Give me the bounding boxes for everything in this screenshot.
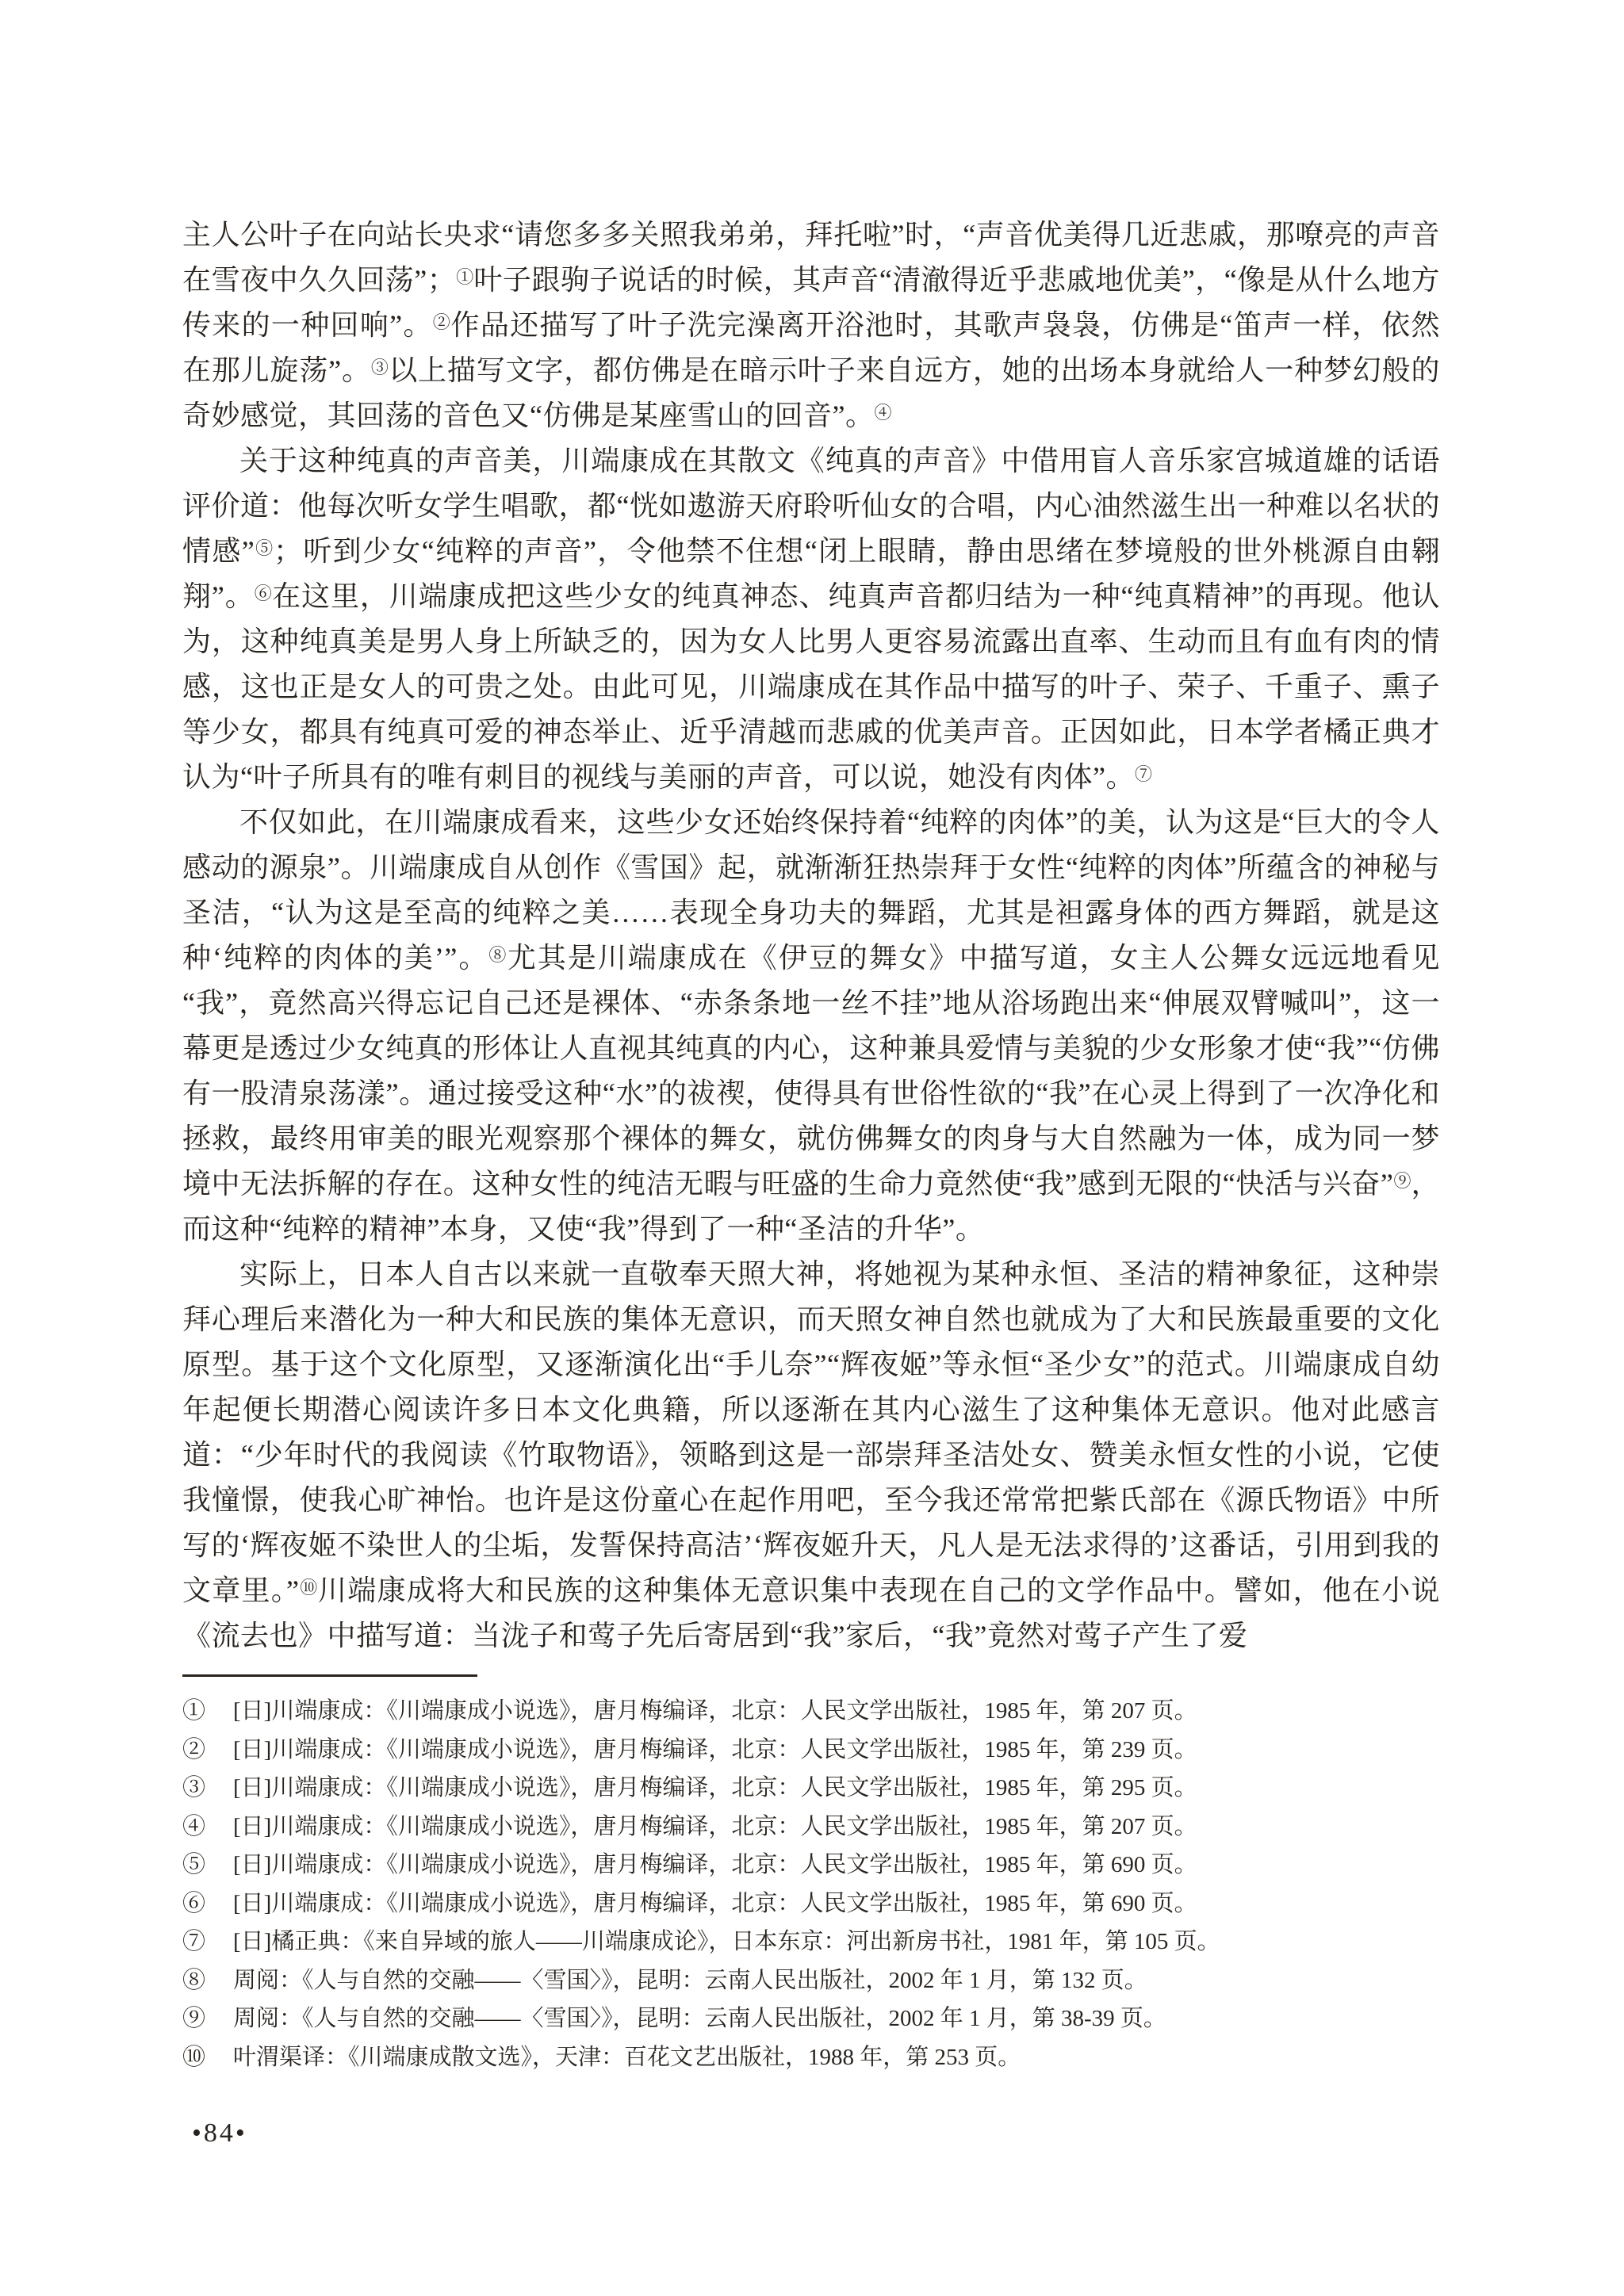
footnote-item: ⑧周阅：《人与自然的交融——〈雪国〉》，昆明：云南人民出版社，2002 年 1 … xyxy=(182,1961,1440,2000)
footnote-text: 周阅：《人与自然的交融——〈雪国〉》，昆明：云南人民出版社，2002 年 1 月… xyxy=(233,1961,1440,2000)
page-number: •84• xyxy=(192,2118,247,2149)
footnote-item: ⑨周阅：《人与自然的交融——〈雪国〉》，昆明：云南人民出版社，2002 年 1 … xyxy=(182,1999,1440,2038)
paragraph-text: 实际上，日本人自古以来就一直敬奉天照大神，将她视为某种永恒、圣洁的精神象征，这种… xyxy=(182,1258,1440,1606)
footnote-item: ②[日]川端康成：《川端康成小说选》，唐月梅编译，北京：人民文学出版社，1985… xyxy=(182,1731,1440,1770)
footnote-marker: ② xyxy=(182,1731,233,1770)
footnote-ref-1: ① xyxy=(456,267,473,287)
footnote-marker: ⑧ xyxy=(182,1961,233,2000)
footnote-marker: ⑤ xyxy=(182,1846,233,1885)
footnote-ref-3: ③ xyxy=(371,358,389,377)
footnote-text: [日]川端康成：《川端康成小说选》，唐月梅编译，北京：人民文学出版社，1985 … xyxy=(233,1846,1440,1885)
footnotes-block: ①[日]川端康成：《川端康成小说选》，唐月梅编译，北京：人民文学出版社，1985… xyxy=(182,1692,1440,2076)
footnote-text: 叶渭渠译：《川端康成散文选》，天津：百花文艺出版社，1988 年，第 253 页… xyxy=(233,2038,1440,2077)
footnote-text: [日]川端康成：《川端康成小说选》，唐月梅编译，北京：人民文学出版社，1985 … xyxy=(233,1692,1440,1731)
footnote-item: ⑥[日]川端康成：《川端康成小说选》，唐月梅编译，北京：人民文学出版社，1985… xyxy=(182,1885,1440,1923)
footnote-item: ③[日]川端康成：《川端康成小说选》，唐月梅编译，北京：人民文学出版社，1985… xyxy=(182,1769,1440,1808)
footnote-marker: ⑦ xyxy=(182,1923,233,1961)
footnote-ref-9: ⑨ xyxy=(1393,1171,1411,1191)
footnote-marker: ③ xyxy=(182,1769,233,1808)
footnote-text: [日]橘正典：《来自异域的旅人——川端康成论》，日本东京：河出新房书社，1981… xyxy=(233,1923,1440,1961)
footnote-ref-5: ⑤ xyxy=(255,538,274,558)
footnote-marker: ⑥ xyxy=(182,1885,233,1923)
footnote-text: [日]川端康成：《川端康成小说选》，唐月梅编译，北京：人民文学出版社，1985 … xyxy=(233,1769,1440,1808)
footnote-marker: ⑩ xyxy=(182,2038,233,2077)
footnote-marker: ① xyxy=(182,1692,233,1731)
footnote-item: ⑦[日]橘正典：《来自异域的旅人——川端康成论》，日本东京：河出新房书社，198… xyxy=(182,1923,1440,1961)
footnote-ref-2: ② xyxy=(433,312,451,332)
footnote-ref-6: ⑥ xyxy=(255,584,272,603)
body-text-block: 主人公叶子在向站长央求“请您多多关照我弟弟，拜托啦”时，“声音优美得几近悲戚，那… xyxy=(182,212,1440,1659)
footnote-divider xyxy=(182,1674,477,1677)
footnote-ref-4: ④ xyxy=(874,403,891,423)
footnote-ref-10: ⑩ xyxy=(300,1578,319,1598)
footnote-item: ④[日]川端康成：《川端康成小说选》，唐月梅编译，北京：人民文学出版社，1985… xyxy=(182,1808,1440,1846)
footnote-text: [日]川端康成：《川端康成小说选》，唐月梅编译，北京：人民文学出版社，1985 … xyxy=(233,1731,1440,1770)
paragraph-text: 川端康成将大和民族的这种集体无意识集中表现在自己的文学作品中。譬如，他在小说《流… xyxy=(182,1575,1440,1651)
footnote-item: ①[日]川端康成：《川端康成小说选》，唐月梅编译，北京：人民文学出版社，1985… xyxy=(182,1692,1440,1731)
paragraph-text: 尤其是川端康成在《伊豆的舞女》中描写道，女主人公舞女远远地看见“我”，竟然高兴得… xyxy=(182,942,1440,1200)
footnote-item: ⑤[日]川端康成：《川端康成小说选》，唐月梅编译，北京：人民文学出版社，1985… xyxy=(182,1846,1440,1885)
body-paragraph-1: 主人公叶子在向站长央求“请您多多关照我弟弟，拜托啦”时，“声音优美得几近悲戚，那… xyxy=(182,212,1440,438)
paragraph-text: 在这里，川端康成把这些少女的纯真神态、纯真声音都归结为一种“纯真精神”的再现。他… xyxy=(182,580,1440,793)
body-paragraph-2: 关于这种纯真的声音美，川端康成在其散文《纯真的声音》中借用盲人音乐家宫城道雄的话… xyxy=(182,438,1440,800)
body-paragraph-3: 不仅如此，在川端康成看来，这些少女还始终保持着“纯粹的肉体”的美，认为这是“巨大… xyxy=(182,800,1440,1252)
footnote-ref-8: ⑧ xyxy=(488,945,507,965)
footnote-marker: ⑨ xyxy=(182,1999,233,2038)
footnote-item: ⑩叶渭渠译：《川端康成散文选》，天津：百花文艺出版社，1988 年，第 253 … xyxy=(182,2038,1440,2077)
footnote-ref-7: ⑦ xyxy=(1135,764,1152,784)
footnote-text: [日]川端康成：《川端康成小说选》，唐月梅编译，北京：人民文学出版社，1985 … xyxy=(233,1808,1440,1846)
footnote-text: 周阅：《人与自然的交融——〈雪国〉》，昆明：云南人民出版社，2002 年 1 月… xyxy=(233,1999,1440,2038)
footnote-text: [日]川端康成：《川端康成小说选》，唐月梅编译，北京：人民文学出版社，1985 … xyxy=(233,1885,1440,1923)
page: 主人公叶子在向站长央求“请您多多关照我弟弟，拜托啦”时，“声音优美得几近悲戚，那… xyxy=(0,0,1624,2296)
footnote-marker: ④ xyxy=(182,1808,233,1846)
body-paragraph-4: 实际上，日本人自古以来就一直敬奉天照大神，将她视为某种永恒、圣洁的精神象征，这种… xyxy=(182,1252,1440,1659)
